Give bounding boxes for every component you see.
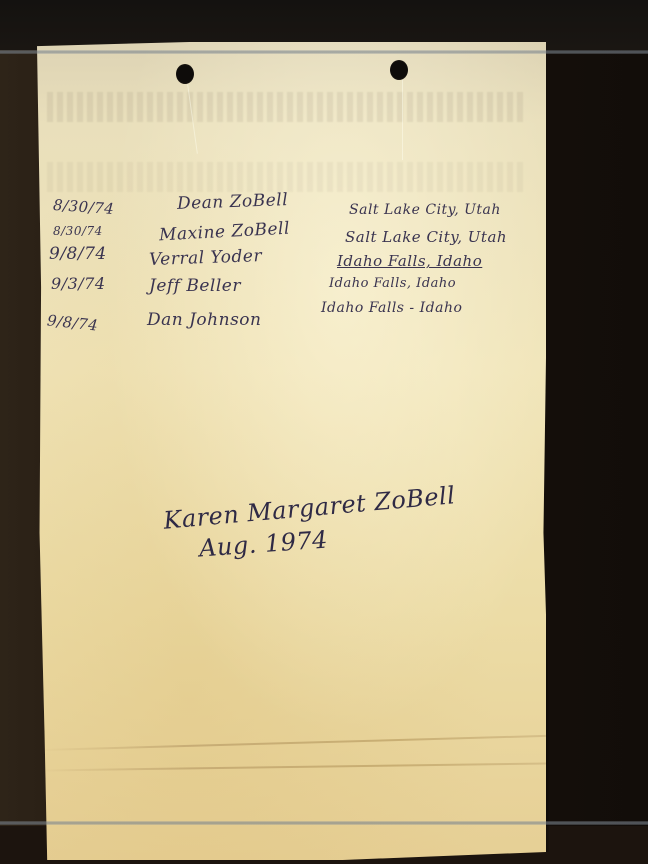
register-sheet: 8/30/74 Dean ZoBell Salt Lake City, Utah… — [37, 42, 546, 860]
punch-hole-right — [390, 60, 408, 80]
paper-fold — [37, 762, 546, 771]
entry-date: 8/30/74 — [52, 196, 114, 218]
signature-date: Aug. 1974 — [198, 526, 329, 563]
glass-edge-bottom — [0, 821, 648, 825]
paper-crease — [402, 80, 403, 160]
entry-place: Idaho Falls, Idaho — [337, 252, 482, 270]
entry-place: Salt Lake City, Utah — [345, 228, 507, 246]
show-through-print — [47, 162, 527, 192]
entry-place: Idaho Falls - Idaho — [321, 300, 462, 316]
entry-name: Verral Yoder — [149, 246, 263, 270]
entry-name: Dean ZoBell — [177, 190, 289, 214]
show-through-print — [47, 92, 527, 122]
paper-fold — [37, 735, 546, 751]
entry-date: 9/3/74 — [51, 274, 106, 293]
entry-name: Maxine ZoBell — [159, 219, 291, 246]
entry-name: Jeff Beller — [149, 276, 241, 296]
entry-date: 9/8/74 — [46, 311, 99, 334]
glass-edge-top — [0, 50, 648, 54]
entry-date: 8/30/74 — [53, 224, 103, 238]
punch-hole-left — [176, 64, 194, 84]
entry-place: Salt Lake City, Utah — [349, 202, 501, 218]
entry-date: 9/8/74 — [49, 244, 107, 264]
entry-place: Idaho Falls, Idaho — [329, 276, 456, 291]
entry-name: Dan Johnson — [147, 310, 261, 330]
